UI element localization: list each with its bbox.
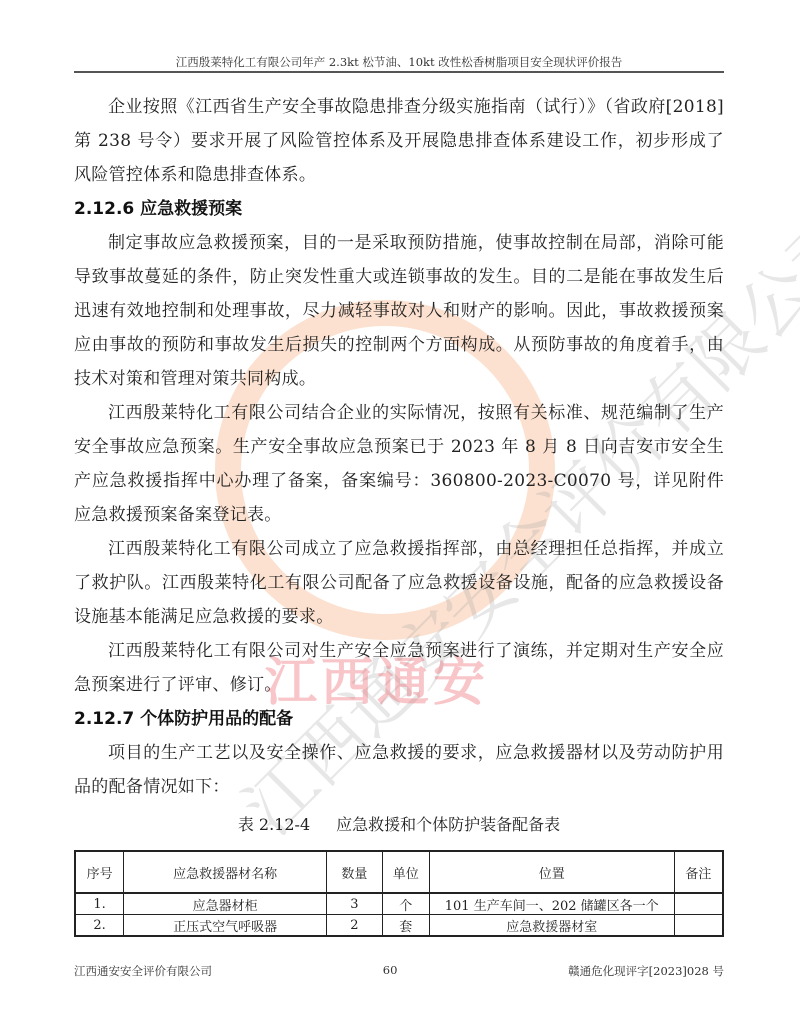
table-row: 1. 应急器材柜 3 个 101 生产车间一、202 储罐区各一个 — [75, 893, 723, 915]
column-header: 备注 — [674, 851, 723, 893]
page-footer: 江西通安安全评价有限公司 60 赣通危化现评字[2023]028 号 — [74, 963, 724, 979]
table-cell: 应急器材柜 — [124, 893, 327, 915]
column-header: 单位 — [382, 851, 429, 893]
column-header: 位置 — [429, 851, 674, 893]
table-cell: 个 — [382, 893, 429, 915]
table-cell: 1. — [75, 893, 124, 915]
table-caption-title: 应急救援和个体防护装备配备表 — [336, 815, 560, 834]
table-caption: 表 2.12-4应急救援和个体防护装备配备表 — [74, 808, 724, 842]
intro-paragraph: 企业按照《江西省生产安全事故隐患排查分级实施指南（试行）》（省政府[2018]第… — [74, 90, 724, 192]
footer-company: 江西通安安全评价有限公司 — [74, 963, 212, 979]
column-header: 应急救援器材名称 — [124, 851, 327, 893]
table-cell — [674, 915, 723, 937]
table-header-row: 序号 应急救援器材名称 数量 单位 位置 备注 — [75, 851, 723, 893]
section-heading-ppe: 2.12.7 个体防护用品的配备 — [74, 702, 724, 736]
page-number: 60 — [383, 963, 398, 979]
paragraph: 江西殷莱特化工有限公司对生产安全应急预案进行了演练，并定期对生产安全应急预案进行… — [74, 634, 724, 702]
equipment-table: 序号 应急救援器材名称 数量 单位 位置 备注 1. 应急器材柜 3 个 101… — [74, 850, 724, 937]
table-cell: 2 — [327, 915, 383, 937]
table-cell: 套 — [382, 915, 429, 937]
table-caption-number: 表 2.12-4 — [238, 815, 310, 834]
table-cell: 2. — [75, 915, 124, 937]
paragraph: 江西殷莱特化工有限公司成立了应急救援指挥部，由总经理担任总指挥，并成立了救护队。… — [74, 532, 724, 634]
table-cell: 应急救援器材室 — [429, 915, 674, 937]
paragraph: 江西殷莱特化工有限公司结合企业的实际情况，按照有关标准、规范编制了生产安全事故应… — [74, 396, 724, 532]
section-heading-emergency-plan: 2.12.6 应急救援预案 — [74, 192, 724, 226]
table-cell: 3 — [327, 893, 383, 915]
footer-report-number: 赣通危化现评字[2023]028 号 — [568, 963, 724, 979]
table-cell: 正压式空气呼吸器 — [124, 915, 327, 937]
paragraph: 制定事故应急救援预案，目的一是采取预防措施，使事故控制在局部，消除可能导致事故蔓… — [74, 226, 724, 396]
table-cell: 101 生产车间一、202 储罐区各一个 — [429, 893, 674, 915]
column-header: 序号 — [75, 851, 124, 893]
page-header: 江西殷莱特化工有限公司年产 2.3kt 松节油、10kt 改性松香树脂项目安全现… — [74, 54, 724, 70]
column-header: 数量 — [327, 851, 383, 893]
page-content: 企业按照《江西省生产安全事故隐患排查分级实施指南（试行）》（省政府[2018]第… — [74, 90, 724, 937]
header-divider — [74, 71, 724, 73]
table-row: 2. 正压式空气呼吸器 2 套 应急救援器材室 — [75, 915, 723, 937]
paragraph: 项目的生产工艺以及安全操作、应急救援的要求，应急救援器材以及劳动防护用品的配备情… — [74, 736, 724, 804]
table-cell — [674, 893, 723, 915]
